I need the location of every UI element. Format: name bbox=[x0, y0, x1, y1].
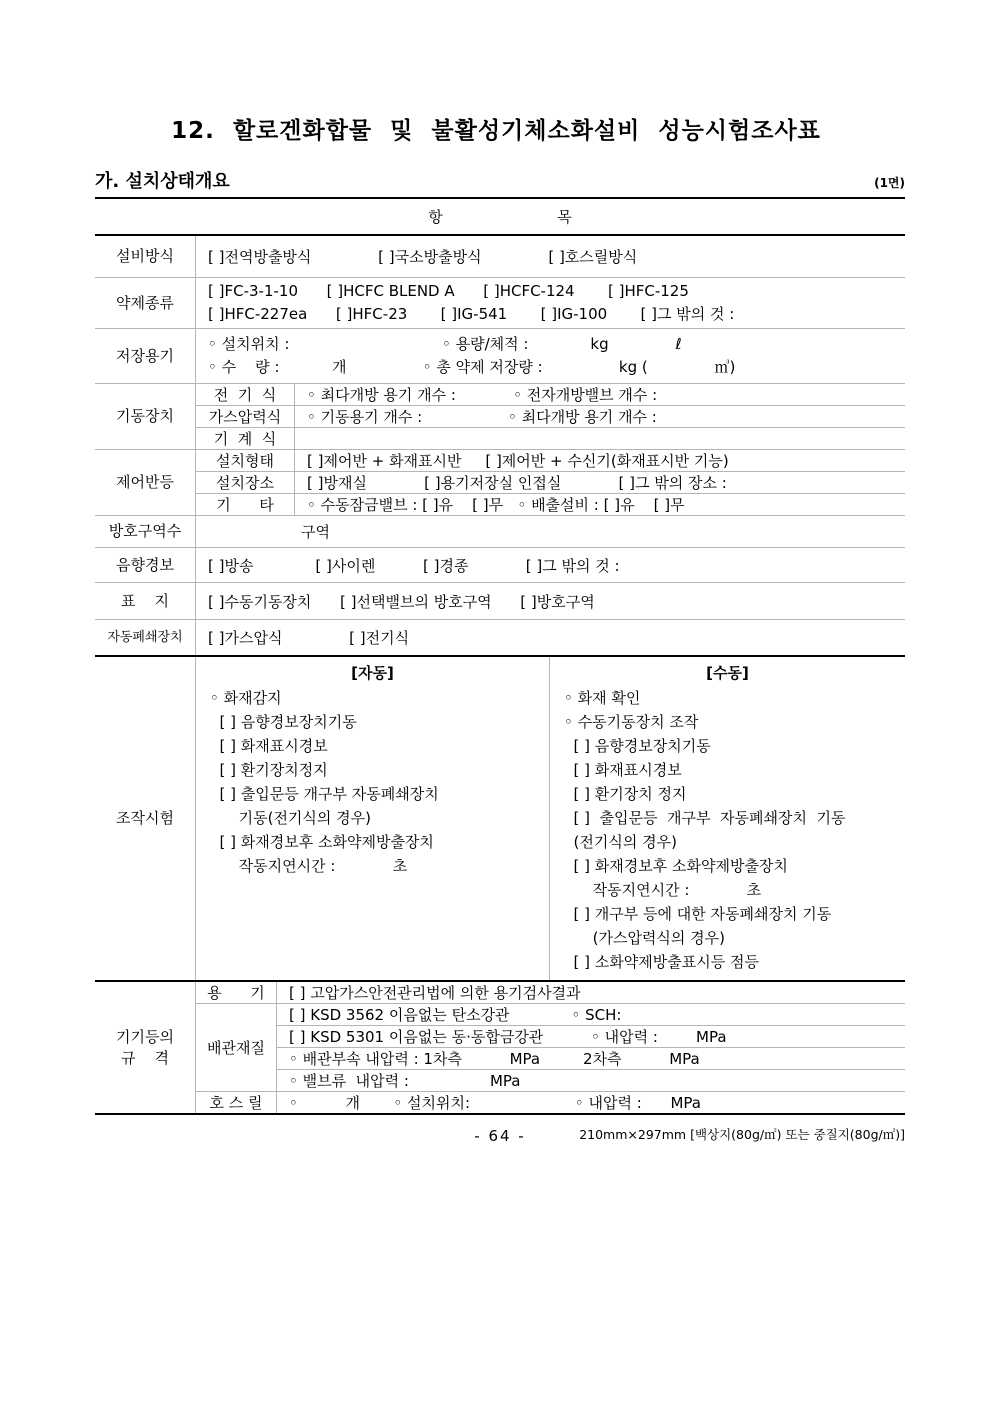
subrow-label: 가스압력식 bbox=[196, 406, 295, 427]
row-content: [ ]가스압식 [ ]전기식 bbox=[196, 620, 905, 655]
subrow-label: 기 계 식 bbox=[196, 428, 295, 449]
agent-line-2: [ ]HFC-227ea [ ]HFC-23 [ ]IG-541 [ ]IG-1… bbox=[208, 303, 734, 326]
page-marker: (1면) bbox=[874, 174, 905, 193]
agent-line-1: [ ]FC-3-1-10 [ ]HCFC BLEND A [ ]HCFC-124… bbox=[208, 280, 689, 303]
row-operation-test: 조작시험 [자동] ◦ 화재감지 [ ] 음향경보장치기동 [ ] 화재표시경보… bbox=[95, 655, 905, 980]
subrow-label: 배관재질 bbox=[196, 1004, 277, 1091]
row-audio-alarm: 음향경보 [ ]방송 [ ]사이렌 [ ]경종 [ ]그 밖의 것 : bbox=[95, 547, 905, 582]
row-label: 약제종류 bbox=[95, 278, 196, 328]
row-auto-closing-device: 자동폐쇄장치 [ ]가스압식 [ ]전기식 bbox=[95, 619, 905, 655]
pipe-line: ◦ 밸브류 내압력 : MPa bbox=[277, 1069, 905, 1091]
manual-line: [ ] 소화약제방출표시등 점등 bbox=[550, 950, 905, 974]
auto-line: [ ] 환기장치정지 bbox=[196, 758, 549, 782]
subrow-label: 설치형태 bbox=[196, 450, 295, 471]
subrow-label: 설치장소 bbox=[196, 472, 295, 493]
manual-line: [ ] 화재경보후 소화약제방출장치 bbox=[550, 854, 905, 878]
row-label: 음향경보 bbox=[95, 548, 196, 582]
manual-line: [ ] 음향경보장치기동 bbox=[550, 734, 905, 758]
row-label: 설비방식 bbox=[95, 236, 196, 277]
row-content: [ ]수동기동장치 [ ]선택밸브의 방호구역 [ ]방호구역 bbox=[196, 583, 905, 619]
subrow-content: [ ] 고압가스안전관리법에 의한 용기검사결과 bbox=[277, 982, 905, 1003]
auto-line: 작동지연시간 : 초 bbox=[196, 854, 549, 878]
section-heading: 가. 설치상태개요 bbox=[95, 167, 230, 193]
row-content: [ ]FC-3-1-10 [ ]HCFC BLEND A [ ]HCFC-124… bbox=[196, 278, 905, 328]
row-agent-type: 약제종류 [ ]FC-3-1-10 [ ]HCFC BLEND A [ ]HCF… bbox=[95, 277, 905, 328]
row-label: 기기등의 규 격 bbox=[95, 982, 196, 1113]
equipment-subrows: 용 기 [ ] 고압가스안전관리법에 의한 용기검사결과 배관재질 [ ] KS… bbox=[196, 982, 905, 1113]
row-label: 자동폐쇄장치 bbox=[95, 620, 196, 655]
page-footer: - 64 - 210mm×297mm [백상지(80g/㎡) 또는 중질지(80… bbox=[95, 1125, 905, 1149]
subrow-content: ◦ 수동잠금밸브 : [ ]유 [ ]무 ◦ 배출설비 : [ ]유 [ ]무 bbox=[295, 494, 905, 515]
auto-line: 기동(전기식의 경우) bbox=[196, 806, 549, 830]
auto-line: ◦ 화재감지 bbox=[196, 686, 549, 710]
row-label: 기동장치 bbox=[95, 384, 196, 449]
table-header-row: 항 목 bbox=[95, 199, 905, 234]
survey-table: 항 목 설비방식 [ ]전역방출방식 [ ]국소방출방식 [ ]호스릴방식 약제… bbox=[95, 197, 905, 1115]
document-page: 12. 할로겐화합물 및 불활성기체소화설비 성능시험조사표 가. 설치상태개요… bbox=[0, 0, 992, 1403]
subrow-etc: 기 타 ◦ 수동잠금밸브 : [ ]유 [ ]무 ◦ 배출설비 : [ ]유 [… bbox=[196, 493, 905, 515]
subrow-label: 용 기 bbox=[196, 982, 277, 1003]
row-content: ◦ 설치위치 : ◦ 용량/체적 : kg ℓ ◦ 수 량 : 개 ◦ 총 약제… bbox=[196, 329, 905, 383]
subrow-install-form: 설치형태 [ ]제어반 + 화재표시반 [ ]제어반 + 수신기(화재표시반 기… bbox=[196, 450, 905, 471]
subrow-content: ◦ 기동용기 개수 : ◦ 최다개방 용기 개수 : bbox=[295, 406, 905, 427]
auto-line: [ ] 화재표시경보 bbox=[196, 734, 549, 758]
operation-test-columns: [자동] ◦ 화재감지 [ ] 음향경보장치기동 [ ] 화재표시경보 [ ] … bbox=[196, 657, 905, 980]
subrow-content: [ ]방재실 [ ]용기저장실 인접실 [ ]그 밖의 장소 : bbox=[295, 472, 905, 493]
subrow-content: ◦ 최다개방 용기 개수 : ◦ 전자개방밸브 개수 : bbox=[295, 384, 905, 405]
manual-line: [ ] 환기장치 정지 bbox=[550, 782, 905, 806]
items-header: 항 목 bbox=[95, 199, 905, 234]
subrow-label: 기 타 bbox=[196, 494, 295, 515]
manual-line: ◦ 수동기동장치 조작 bbox=[550, 710, 905, 734]
auto-line: [ ] 출입문등 개구부 자동폐쇄장치 bbox=[196, 782, 549, 806]
auto-column-title: [자동] bbox=[196, 659, 549, 686]
row-sign: 표 지 [ ]수동기동장치 [ ]선택밸브의 방호구역 [ ]방호구역 bbox=[95, 582, 905, 619]
manual-line: 작동지연시간 : 초 bbox=[550, 878, 905, 902]
panel-subrows: 설치형태 [ ]제어반 + 화재표시반 [ ]제어반 + 수신기(화재표시반 기… bbox=[196, 450, 905, 515]
subrow-content bbox=[295, 428, 905, 449]
paper-spec: 210mm×297mm [백상지(80g/㎡) 또는 중질지(80g/㎡)] bbox=[579, 1125, 905, 1143]
subrow-pipe-material: 배관재질 [ ] KSD 3562 이음없는 탄소강관 ◦ SCH: [ ] K… bbox=[196, 1003, 905, 1091]
subrow-content: ◦ 개 ◦ 설치위치: ◦ 내압력 : MPa bbox=[277, 1092, 905, 1113]
manual-line: (가스압력식의 경우) bbox=[550, 926, 905, 950]
row-label: 저장용기 bbox=[95, 329, 196, 383]
actuator-subrows: 전 기 식 ◦ 최다개방 용기 개수 : ◦ 전자개방밸브 개수 : 가스압력식… bbox=[196, 384, 905, 449]
auto-column: [자동] ◦ 화재감지 [ ] 음향경보장치기동 [ ] 화재표시경보 [ ] … bbox=[196, 657, 550, 980]
pipe-line: ◦ 배관부속 내압력 : 1차측 MPa 2차측 MPa bbox=[277, 1047, 905, 1069]
manual-line: [ ] 화재표시경보 bbox=[550, 758, 905, 782]
row-label: 제어반등 bbox=[95, 450, 196, 515]
subrow-electric: 전 기 식 ◦ 최다개방 용기 개수 : ◦ 전자개방밸브 개수 : bbox=[196, 384, 905, 405]
subrow-gas-pressure: 가스압력식 ◦ 기동용기 개수 : ◦ 최다개방 용기 개수 : bbox=[196, 405, 905, 427]
section-header: 가. 설치상태개요 (1면) bbox=[95, 167, 905, 193]
subrow-label: 전 기 식 bbox=[196, 384, 295, 405]
pipe-line: [ ] KSD 5301 이음없는 동·동합금강관 ◦ 내압력 : MPa bbox=[277, 1025, 905, 1047]
row-installation-method: 설비방식 [ ]전역방출방식 [ ]국소방출방식 [ ]호스릴방식 bbox=[95, 234, 905, 277]
manual-column-title: [수동] bbox=[550, 659, 905, 686]
manual-line: ◦ 화재 확인 bbox=[550, 686, 905, 710]
manual-line: [ ] 출입문등 개구부 자동폐쇄장치 기동 bbox=[550, 806, 905, 830]
auto-line: [ ] 음향경보장치기동 bbox=[196, 710, 549, 734]
subrow-install-place: 설치장소 [ ]방재실 [ ]용기저장실 인접실 [ ]그 밖의 장소 : bbox=[196, 471, 905, 493]
subrow-content: [ ]제어반 + 화재표시반 [ ]제어반 + 수신기(화재표시반 기능) bbox=[295, 450, 905, 471]
row-control-panel-group: 제어반등 설치형태 [ ]제어반 + 화재표시반 [ ]제어반 + 수신기(화재… bbox=[95, 449, 905, 515]
subrow-vessel: 용 기 [ ] 고압가스안전관리법에 의한 용기검사결과 bbox=[196, 982, 905, 1003]
equipment-label-line-2: 규 격 bbox=[121, 1048, 169, 1069]
row-content: [ ]방송 [ ]사이렌 [ ]경종 [ ]그 밖의 것 : bbox=[196, 548, 905, 582]
manual-column: [수동] ◦ 화재 확인 ◦ 수동기동장치 조작 [ ] 음향경보장치기동 [ … bbox=[550, 657, 905, 980]
row-label: 방호구역수 bbox=[95, 516, 196, 547]
subrow-label: 호 스 릴 bbox=[196, 1092, 277, 1113]
subrow-hose-reel: 호 스 릴 ◦ 개 ◦ 설치위치: ◦ 내압력 : MPa bbox=[196, 1091, 905, 1113]
manual-line: (전기식의 경우) bbox=[550, 830, 905, 854]
row-protection-zones: 방호구역수 구역 bbox=[95, 515, 905, 547]
storage-line-2: ◦ 수 량 : 개 ◦ 총 약제 저장량 : kg ( ㎥) bbox=[208, 356, 735, 379]
pipe-line: [ ] KSD 3562 이음없는 탄소강관 ◦ SCH: bbox=[277, 1004, 905, 1025]
storage-line-1: ◦ 설치위치 : ◦ 용량/체적 : kg ℓ bbox=[208, 333, 682, 356]
page-title: 12. 할로겐화합물 및 불활성기체소화설비 성능시험조사표 bbox=[50, 112, 942, 145]
row-storage-vessel: 저장용기 ◦ 설치위치 : ◦ 용량/체적 : kg ℓ ◦ 수 량 : 개 ◦… bbox=[95, 328, 905, 383]
row-equipment-spec: 기기등의 규 격 용 기 [ ] 고압가스안전관리법에 의한 용기검사결과 배관… bbox=[95, 980, 905, 1113]
subrow-mechanical: 기 계 식 bbox=[196, 427, 905, 449]
row-label: 표 지 bbox=[95, 583, 196, 619]
pipe-lines: [ ] KSD 3562 이음없는 탄소강관 ◦ SCH: [ ] KSD 53… bbox=[277, 1004, 905, 1091]
manual-line: [ ] 개구부 등에 대한 자동폐쇄장치 기동 bbox=[550, 902, 905, 926]
row-actuator-group: 기동장치 전 기 식 ◦ 최다개방 용기 개수 : ◦ 전자개방밸브 개수 : … bbox=[95, 383, 905, 449]
row-content: 구역 bbox=[196, 516, 905, 547]
row-label: 조작시험 bbox=[95, 657, 196, 980]
auto-line: [ ] 화재경보후 소화약제방출장치 bbox=[196, 830, 549, 854]
equipment-label-line-1: 기기등의 bbox=[116, 1027, 174, 1048]
row-content: [ ]전역방출방식 [ ]국소방출방식 [ ]호스릴방식 bbox=[196, 236, 905, 277]
